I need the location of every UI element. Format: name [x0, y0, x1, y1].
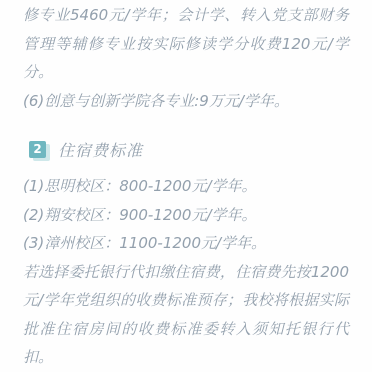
campus-item-xiangan: (2)翔安校区：900-1200元/学年。 [23, 201, 349, 230]
campus-item-zhangzhou: (3)漳州校区：1100-1200元/学年。 [23, 229, 349, 258]
campus-item-siming: (1)思明校区：800-1200元/学年。 [23, 172, 349, 201]
bank-withholding-note-paragraph: 若选择委托银行代扣缴住宿费，住宿费先按1200元/学年党组织的收费标准预存；我校… [23, 258, 349, 372]
section-number-badge: 2 [29, 141, 46, 158]
tuition-item-6: (6)创意与创新学院各专业:9万元/学年。 [23, 87, 349, 116]
article-page: 修专业5460元/学年；会计学、转入党支部财务管理等辅修专业按实际修读学分收费1… [0, 0, 372, 372]
section-header: 2 住宿费标准 [29, 139, 349, 159]
section-title: 住宿费标准 [58, 138, 143, 161]
tuition-fee-paragraph: 修专业5460元/学年；会计学、转入党支部财务管理等辅修专业按实际修读学分收费1… [23, 1, 349, 87]
